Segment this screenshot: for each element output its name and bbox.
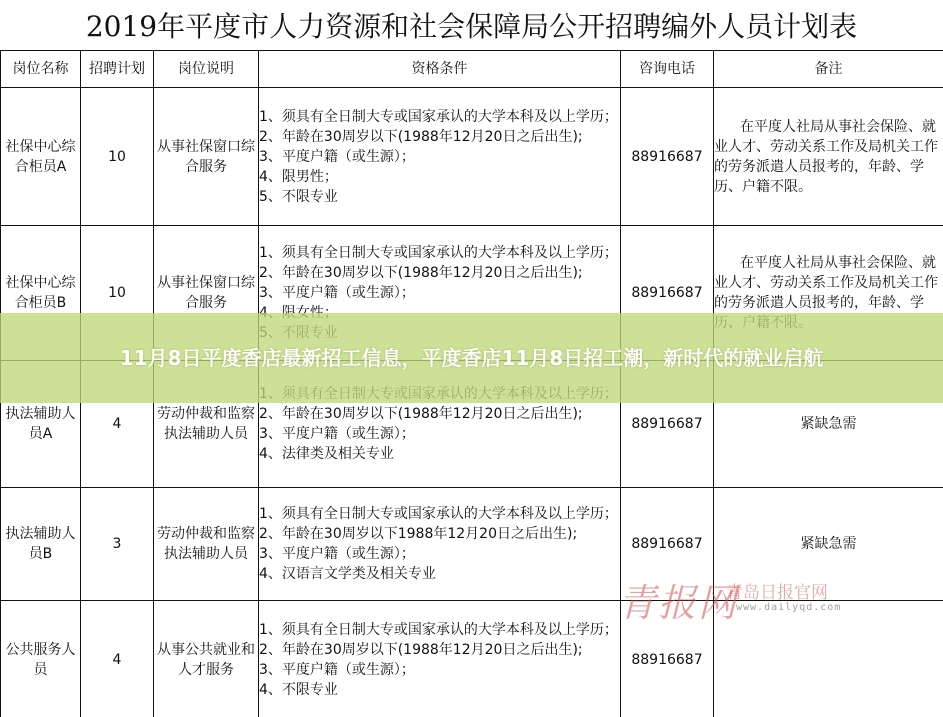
table-header-row: 岗位名称 招聘计划 岗位说明 资格条件 咨询电话 备注: [1, 51, 943, 88]
spreadsheet-page: 2019年平度市人力资源和社会保障局公开招聘编外人员计划表 岗位名称 招聘计划 …: [0, 0, 943, 717]
cell-qualifications: 1、须具有全日制大专或国家承认的大学本科及以上学历； 2、年龄在30周岁以下19…: [259, 488, 621, 601]
header-position-desc: 岗位说明: [154, 51, 259, 88]
qualification-item: 2、年龄在30周岁以下(1988年12月20日之后出生);: [259, 640, 620, 660]
qualification-item: 1、须具有全日制大专或国家承认的大学本科及以上学历；: [259, 243, 620, 263]
cell-position-desc: 劳动仲裁和监察执法辅助人员: [154, 488, 259, 601]
headline-text: 11月8日平度香店最新招工信息，平度香店11月8日招工潮，新时代的就业启航: [42, 343, 902, 373]
table-row: 公共服务人员 4 从事公共就业和人才服务 1、须具有全日制大专或国家承认的大学本…: [1, 601, 943, 717]
header-position-name: 岗位名称: [1, 51, 81, 88]
qualification-item: 4、汉语言文学类及相关专业: [259, 564, 620, 584]
cell-qualifications: 1、须具有全日制大专或国家承认的大学本科及以上学历； 2、年龄在30周岁以下(1…: [259, 601, 621, 717]
qualification-item: 2、年龄在30周岁以下1988年12月20日之后出生);: [259, 524, 620, 544]
qualification-item: 4、法律类及相关专业: [259, 444, 620, 464]
cell-phone: 88916687: [621, 488, 714, 601]
header-recruit-plan: 招聘计划: [81, 51, 154, 88]
cell-remarks: [714, 601, 943, 717]
qualification-item: 2、年龄在30周岁以下(1988年12月20日之后出生);: [259, 404, 620, 424]
cell-recruit-count: 4: [81, 601, 154, 717]
header-remarks: 备注: [714, 51, 943, 88]
table-row: 社保中心综合柜员A 10 从事社保窗口综合服务 1、须具有全日制大专或国家承认的…: [1, 88, 943, 226]
qualification-item: 4、不限专业: [259, 680, 620, 700]
qualification-item: 2、年龄在30周岁以下(1988年12月20日之后出生);: [259, 127, 620, 147]
cell-position-desc: 从事公共就业和人才服务: [154, 601, 259, 717]
table-row: 执法辅助人员B 3 劳动仲裁和监察执法辅助人员 1、须具有全日制大专或国家承认的…: [1, 488, 943, 601]
cell-recruit-count: 3: [81, 488, 154, 601]
qualification-item: 5、不限专业: [259, 187, 620, 207]
qualification-item: 3、平度户籍（或生源）；: [259, 147, 620, 167]
headline-banner: 11月8日平度香店最新招工信息，平度香店11月8日招工潮，新时代的就业启航: [0, 313, 943, 403]
cell-phone: 88916687: [621, 88, 714, 226]
header-qualifications: 资格条件: [259, 51, 621, 88]
cell-remarks: 紧缺急需: [714, 488, 943, 601]
qualification-item: 2、年龄在30周岁以下(1988年12月20日之后出生);: [259, 263, 620, 283]
cell-qualifications: 1、须具有全日制大专或国家承认的大学本科及以上学历； 2、年龄在30周岁以下(1…: [259, 88, 621, 226]
cell-position-name: 公共服务人员: [1, 601, 81, 717]
qualification-item: 1、须具有全日制大专或国家承认的大学本科及以上学历；: [259, 107, 620, 127]
qualification-item: 3、平度户籍（或生源）；: [259, 544, 620, 564]
qualification-item: 3、平度户籍（或生源）；: [259, 660, 620, 680]
qualification-item: 3、平度户籍（或生源）；: [259, 283, 620, 303]
qualification-item: 3、平度户籍（或生源）；: [259, 424, 620, 444]
cell-position-name: 社保中心综合柜员A: [1, 88, 81, 226]
remarks-text: 在平度人社局从事社会保险、就业人才、劳动关系工作及局机关工作的劳务派遣人员报考的…: [714, 119, 938, 195]
cell-remarks: 在平度人社局从事社会保险、就业人才、劳动关系工作及局机关工作的劳务派遣人员报考的…: [714, 88, 943, 226]
header-phone: 咨询电话: [621, 51, 714, 88]
cell-phone: 88916687: [621, 601, 714, 717]
qualification-item: 4、限男性；: [259, 167, 620, 187]
document-title: 2019年平度市人力资源和社会保障局公开招聘编外人员计划表: [0, 0, 943, 51]
qualification-item: 1、须具有全日制大专或国家承认的大学本科及以上学历；: [259, 620, 620, 640]
cell-recruit-count: 10: [81, 88, 154, 226]
cell-position-name: 执法辅助人员B: [1, 488, 81, 601]
qualification-item: 1、须具有全日制大专或国家承认的大学本科及以上学历；: [259, 504, 620, 524]
cell-position-desc: 从事社保窗口综合服务: [154, 88, 259, 226]
